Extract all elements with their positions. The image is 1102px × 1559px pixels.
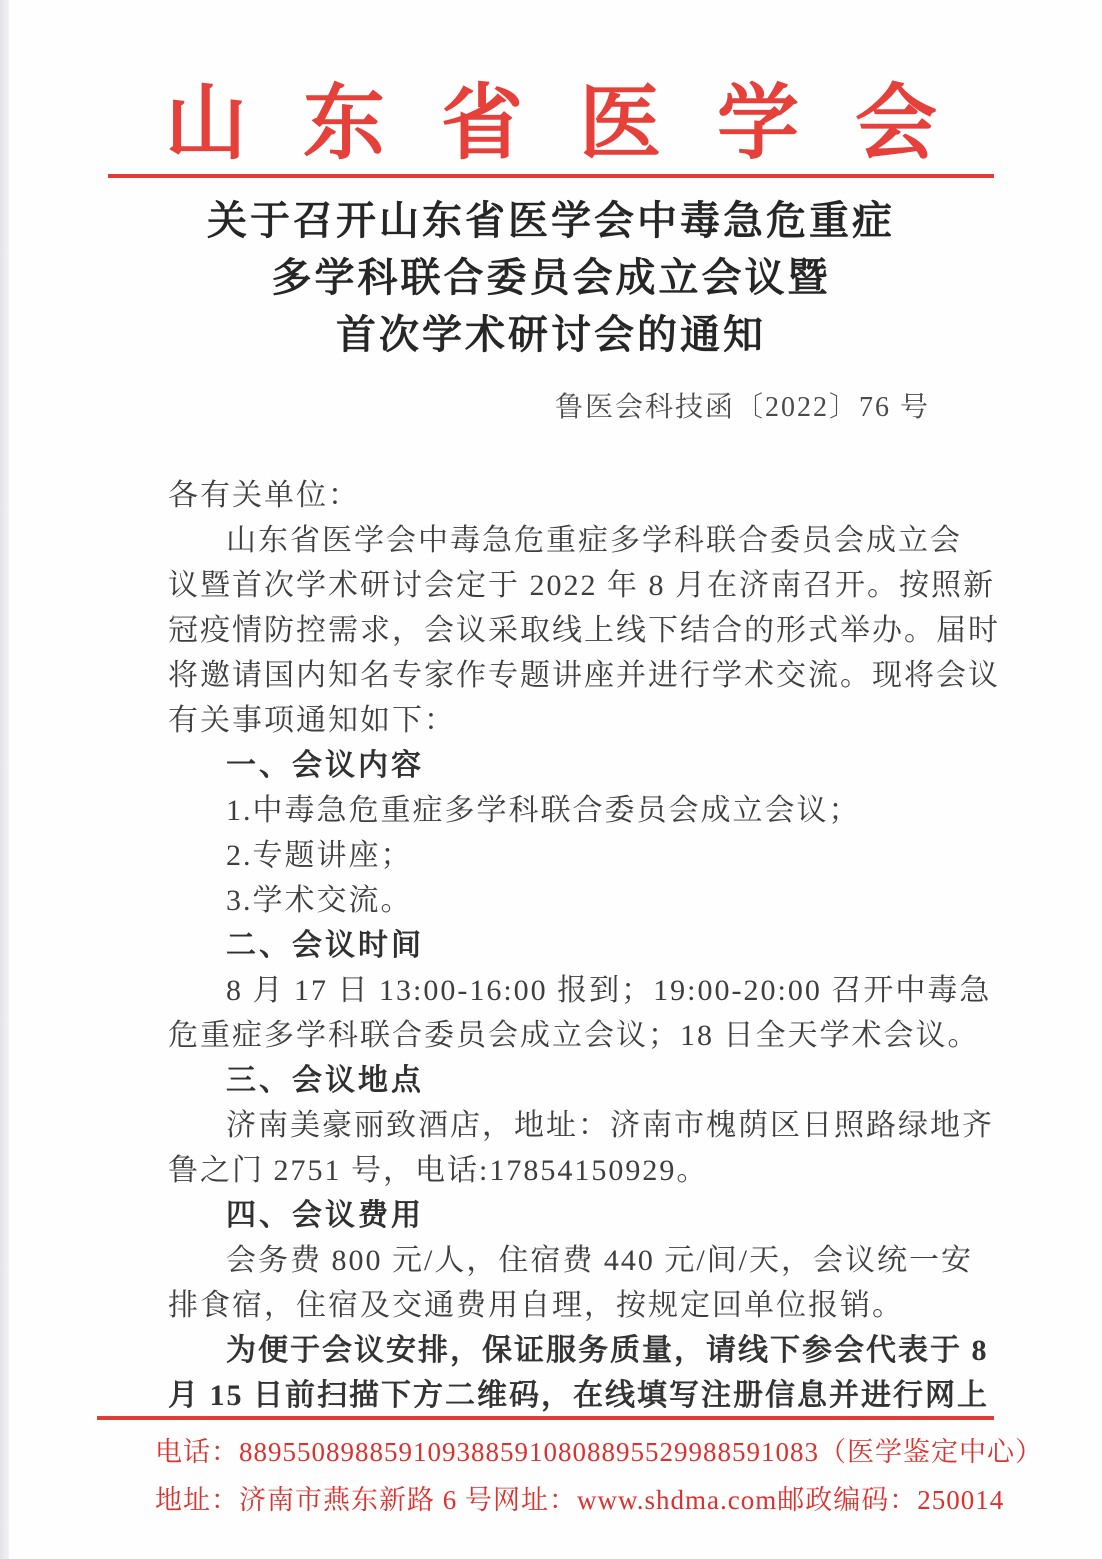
body-line: 危重症多学科联合委员会成立会议；18 日全天学术会议。 [168,1013,940,1058]
letterhead-rule [108,174,994,178]
scanned-notice-page: 山东省医学会 关于召开山东省医学会中毒急危重症 多学科联合委员会成立会议暨 首次… [0,0,1102,1559]
section-heading-4: 四、会议费用 [168,1193,940,1238]
body-line: 济南美豪丽致酒店，地址：济南市槐荫区日照路绿地齐 [168,1103,940,1148]
notice-title-line-2: 多学科联合委员会成立会议暨 [0,249,1102,306]
footer-address: 地址：济南市燕东新路 6 号 [155,1476,493,1524]
list-item: 2.专题讲座； [168,833,940,878]
footer-contact-block: 电话：88955089 88591093 88591080 88955299 8… [155,1428,940,1524]
body-line: 8 月 17 日 13:00-16:00 报到；19:00-20:00 召开中毒… [168,968,940,1013]
body-line: 冠疫情防控需求，会议采取线上线下结合的形式举办。届时 [168,608,940,653]
footer-phone-number: 88591080 [471,1428,587,1476]
footer-phone-row: 电话：88955089 88591093 88591080 88955299 8… [155,1428,940,1476]
list-item: 3.学术交流。 [168,878,940,923]
letterhead-org-name: 山东省医学会 [0,78,1102,170]
notice-title-line-3: 首次学术研讨会的通知 [0,306,1102,363]
section-heading-3: 三、会议地点 [168,1058,940,1103]
document-reference-number: 鲁医会科技函〔2022〕76 号 [0,385,930,425]
footer-phone-number: 88591093 [355,1428,471,1476]
body-line: 排食宿，住宿及交通费用自理，按规定回单位报销。 [168,1283,940,1328]
body-line: 山东省医学会中毒急危重症多学科联合委员会成立会 [168,518,940,563]
body-line: 将邀请国内知名专家作专题讲座并进行学术交流。现将会议 [168,653,940,698]
body-line: 鲁之门 2751 号，电话:17854150929。 [168,1148,940,1193]
body-line: 有关事项通知如下： [168,698,940,743]
list-item: 1.中毒急危重症多学科联合委员会成立会议； [168,788,940,833]
notice-title: 关于召开山东省医学会中毒急危重症 多学科联合委员会成立会议暨 首次学术研讨会的通… [0,192,1102,363]
section-heading-1: 一、会议内容 [168,743,940,788]
notice-body: 各有关单位： 山东省医学会中毒急危重症多学科联合委员会成立会 议暨首次学术研讨会… [168,473,940,1418]
footer-phone-number: 88955299 [587,1428,703,1476]
salutation-line: 各有关单位： [168,473,940,518]
body-line: 议暨首次学术研讨会定于 2022 年 8 月在济南召开。按照新 [168,563,940,608]
footer-address-row: 地址：济南市燕东新路 6 号 网址：www.shdma.com 邮政编码：250… [155,1476,940,1524]
footer-phone-label-and-number: 电话：88955089 [155,1428,355,1476]
section-heading-2: 二、会议时间 [168,923,940,968]
footer-website: 网址：www.shdma.com [493,1476,777,1524]
body-line: 会务费 800 元/人，住宿费 440 元/间/天，会议统一安 [168,1238,940,1283]
notice-title-line-1: 关于召开山东省医学会中毒急危重症 [0,192,1102,249]
footer-phone-number-appraisal-center: 88591083（医学鉴定中心） [703,1428,1043,1476]
body-line-emphasis: 月 15 日前扫描下方二维码，在线填写注册信息并进行网上 [168,1373,940,1418]
body-line-emphasis: 为便于会议安排，保证服务质量，请线下参会代表于 8 [168,1328,940,1373]
footer-rule [97,1416,994,1420]
footer-postal-code: 邮政编码：250014 [777,1476,1004,1524]
